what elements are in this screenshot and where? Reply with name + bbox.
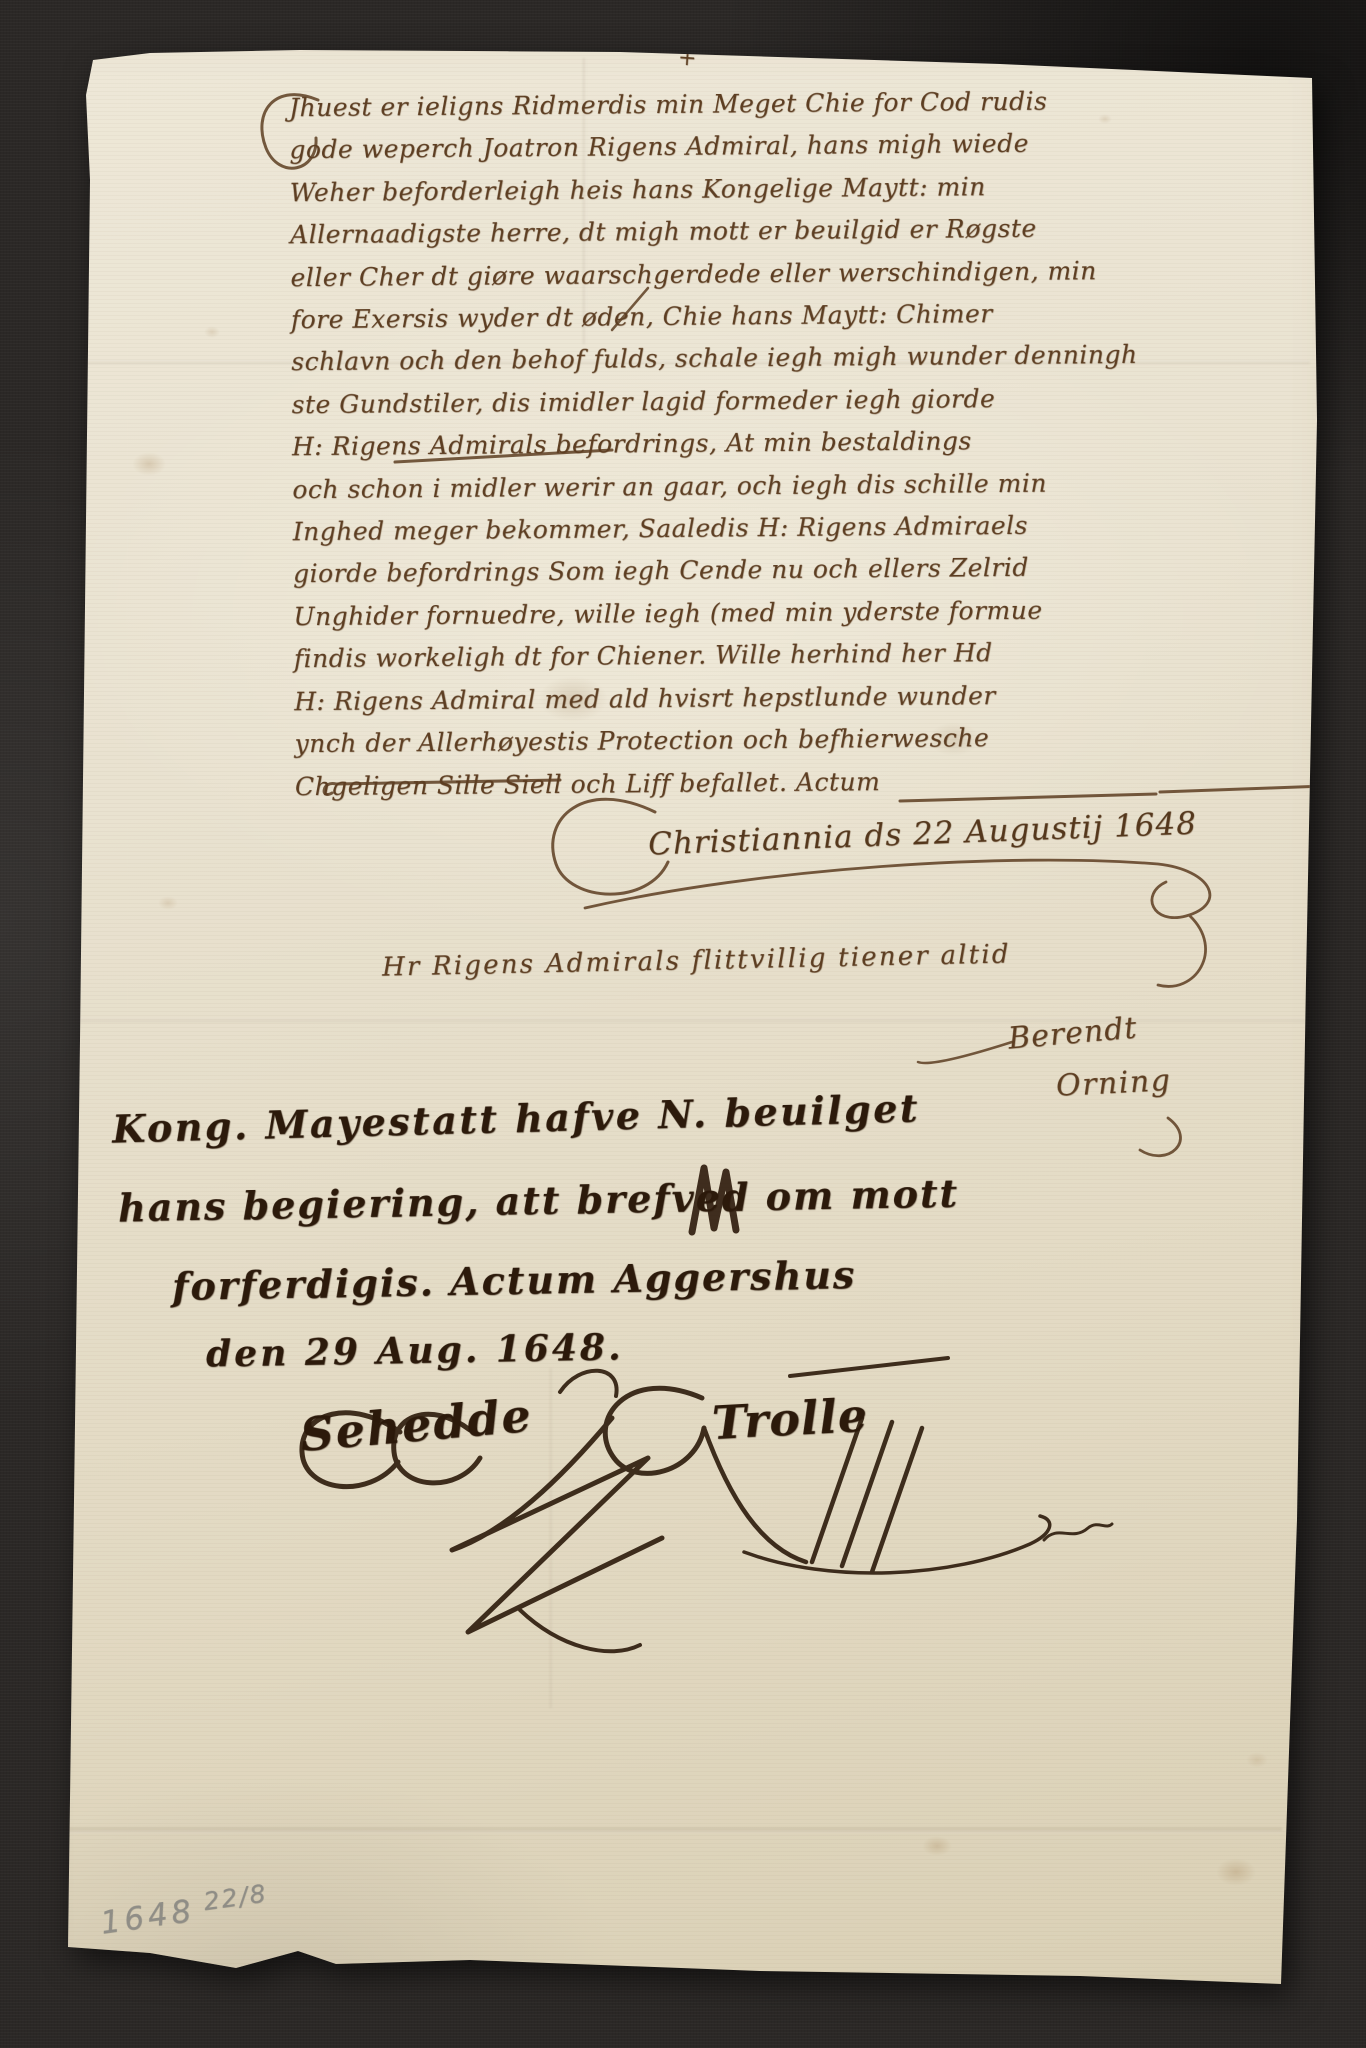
pencil-date-fraction: 22/8	[202, 1878, 270, 1916]
signature-trolle: Trolle	[711, 1388, 870, 1450]
horizontal-fold	[68, 1828, 1282, 1833]
manuscript-page-wrapper: + Jhuest er ieligns Ridmerdis min Meget …	[0, 0, 1366, 2048]
vertical-crease	[550, 1368, 553, 1708]
sehested-paraph-zigzag	[452, 1418, 662, 1632]
trolle-paraph-underswash	[744, 1516, 1050, 1573]
dateline-tail-hook	[1158, 916, 1206, 986]
letter-line: fore Exersis wyder dt øden, Chie hans Ma…	[291, 293, 1031, 342]
letter-line: Unghider fornuedre, wille iegh (med min …	[293, 590, 1033, 639]
letter-body: Jhuest er ieligns Ridmerdis min Meget Ch…	[289, 81, 1035, 808]
manuscript-page: + Jhuest er ieligns Ridmerdis min Meget …	[0, 0, 1366, 2048]
archive-scan-background: + Jhuest er ieligns Ridmerdis min Meget …	[0, 0, 1366, 2048]
letter-line: eller Cher dt giøre waarschgerdede eller…	[290, 250, 1030, 299]
letter-line: H: Rigens Admirals befordrings, At min b…	[292, 420, 1032, 469]
orning-tail	[1140, 1118, 1180, 1156]
subscription-line: Hr Rigens Admirals flittvillig tiener al…	[382, 939, 1011, 982]
sehested-paraph-tail	[520, 1610, 640, 1651]
sehested-ascender-loop	[560, 1371, 617, 1396]
stain	[204, 326, 220, 338]
stain	[1098, 114, 1112, 124]
letter-line: schlavn och den behof fulds, schale iegh…	[291, 335, 1031, 384]
letter-line: Chgeligen Sille Siell och Liff befallet.…	[295, 759, 1035, 808]
letter-line: Jhuest er ieligns Ridmerdis min Meget Ch…	[289, 81, 1029, 130]
signature-sehested: Sehedde	[298, 1388, 535, 1462]
letter-line: ynch der Allerhøyestis Protection och be…	[294, 717, 1034, 766]
signature-berendt: Berendt	[1007, 1010, 1139, 1056]
letter-line: findis workeligh dt for Chiener. Wille h…	[294, 632, 1034, 681]
stain	[922, 1836, 952, 1856]
stain	[158, 896, 178, 910]
stain	[132, 452, 166, 476]
dateline-underswash	[585, 860, 1210, 918]
resolution-line: hans begiering, att brefved om mott	[118, 1171, 960, 1231]
trolle-paraph-squiggle	[1044, 1524, 1112, 1540]
resolution-line: forferdigis. Actum Aggershus	[172, 1252, 857, 1309]
pencil-year: 1648	[98, 1893, 197, 1942]
trolle-crossbar	[790, 1358, 948, 1376]
letter-line: Inghed meger bekommer, Saaledis H: Rigen…	[293, 505, 1033, 554]
trolle-initial-loop	[605, 1388, 704, 1473]
letter-line: gode weperch Joatron Rigens Admiral, han…	[289, 123, 1029, 172]
resolution-line: den 29 Aug. 1648.	[206, 1326, 624, 1375]
stain	[1216, 1858, 1256, 1886]
signature-orning: Orning	[1055, 1063, 1172, 1104]
archival-pencil-note: 164822/8	[98, 1882, 270, 1941]
letter-line: Allernaadigste herre, dt migh mott er be…	[290, 208, 1030, 257]
letter-line: Weher beforderleigh heis hans Kongelige …	[290, 166, 1030, 215]
collation-cross-mark: +	[677, 45, 697, 71]
stain	[1246, 1752, 1268, 1768]
berendt-lead-stroke	[918, 1042, 1012, 1063]
letter-line: ste Gundstiler, dis imidler lagid formed…	[291, 378, 1031, 427]
overline-1648	[1160, 786, 1326, 792]
dateline: Christiannia ds 22 Augustij 1648	[648, 805, 1198, 862]
resolution-line: Kong. Mayestatt hafve N. beuilget	[112, 1085, 921, 1151]
letter-line: H: Rigens Admiral med ald hvisrt hepstlu…	[294, 674, 1034, 723]
letter-line: giorde befordrings Som iegh Cende nu och…	[293, 547, 1033, 596]
letter-line: och schon i midler werir an gaar, och ie…	[292, 462, 1032, 511]
